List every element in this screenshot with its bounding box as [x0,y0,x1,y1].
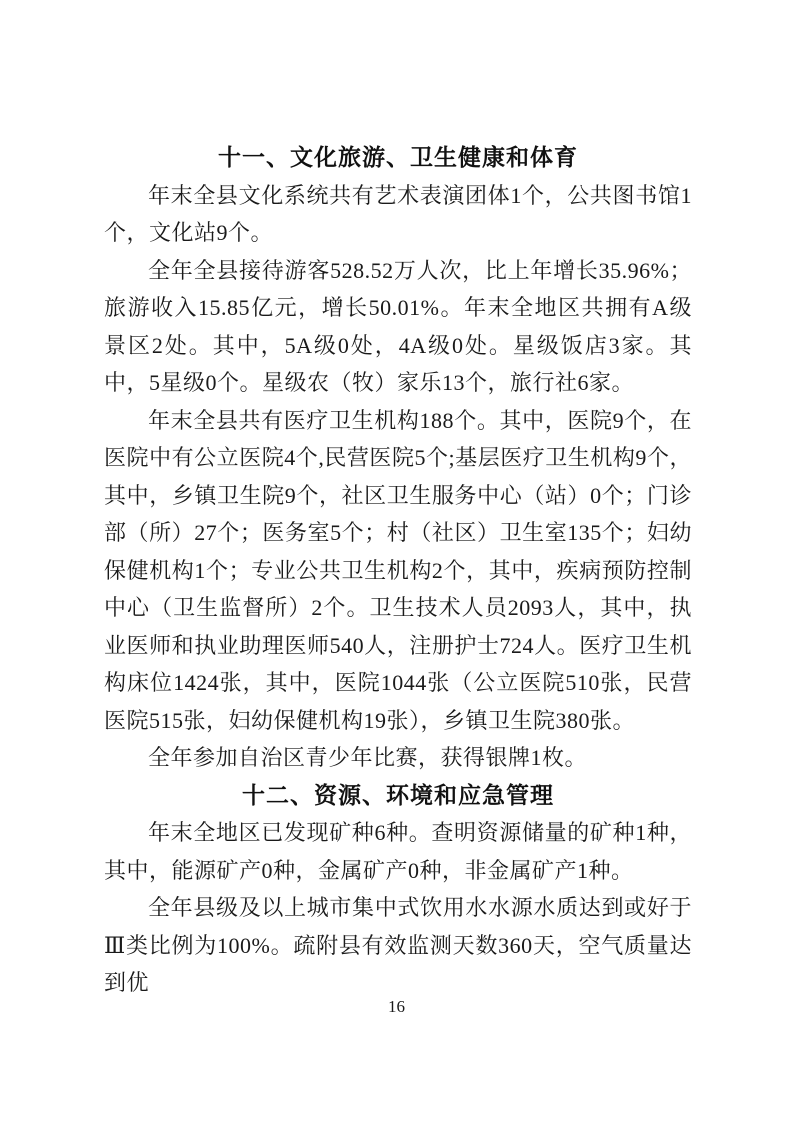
section-12-heading: 十二、资源、环境和应急管理 [104,777,692,815]
section-11-paragraph-culture: 年末全县文化系统共有艺术表演团体1个，公共图书馆1个，文化站9个。 [104,177,692,252]
section-11-paragraph-sports: 全年参加自治区青少年比赛，获得银牌1枚。 [104,739,692,777]
section-resources-environment-emergency: 十二、资源、环境和应急管理 年末全地区已发现矿种6种。查明资源储量的矿种1种，其… [104,777,692,1002]
section-11-paragraph-tourism: 全年全县接待游客528.52万人次，比上年增长35.96%；旅游收入15.85亿… [104,252,692,402]
document-content: 十一、文化旅游、卫生健康和体育 年末全县文化系统共有艺术表演团体1个，公共图书馆… [104,139,692,1002]
section-12-paragraph-water-air: 全年县级及以上城市集中式饮用水水源水质达到或好于Ⅲ类比例为100%。疏附县有效监… [104,889,692,1002]
section-11-paragraph-health: 年末全县共有医疗卫生机构188个。其中，医院9个，在医院中有公立医院4个,民营医… [104,402,692,740]
document-page: 十一、文化旅游、卫生健康和体育 年末全县文化系统共有艺术表演团体1个，公共图书馆… [0,0,793,1122]
section-11-heading: 十一、文化旅游、卫生健康和体育 [104,139,692,177]
section-12-paragraph-minerals: 年末全地区已发现矿种6种。查明资源储量的矿种1种，其中，能源矿产0种，金属矿产0… [104,814,692,889]
page-number: 16 [0,996,793,1018]
section-culture-tourism-health-sports: 十一、文化旅游、卫生健康和体育 年末全县文化系统共有艺术表演团体1个，公共图书馆… [104,139,692,777]
